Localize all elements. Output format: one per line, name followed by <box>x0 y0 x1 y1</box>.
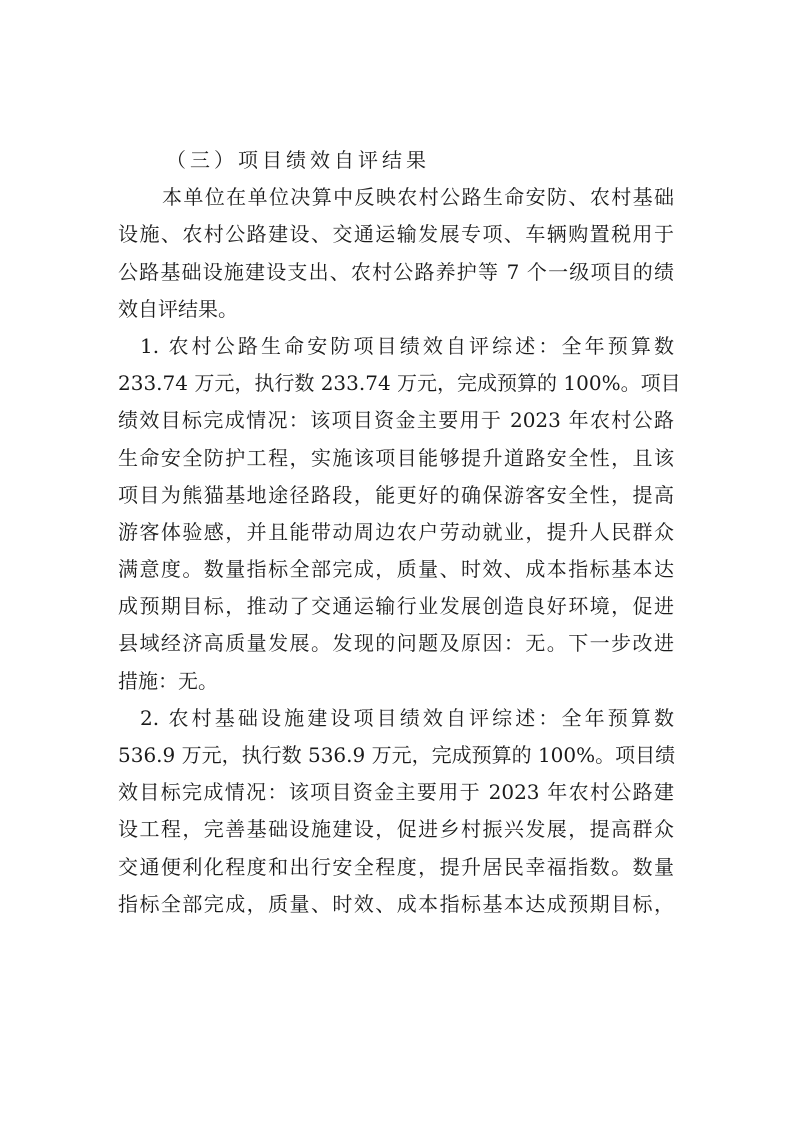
document-body: （三）项目绩效自评结果 本单位在单位决算中反映农村公路生命安防、农村基础 设施、… <box>118 142 674 923</box>
paragraph-item-2: 2. 农村基础设施建设项目绩效自评综述：全年预算数 536.9 万元，执行数 5… <box>118 700 674 923</box>
text-line: 设施、农村公路建设、交通运输发展专项、车辆购置税用于 <box>118 216 674 253</box>
text-line: 项目为熊猫基地途径路段，能更好的确保游客安全性，提高 <box>118 477 674 514</box>
text-line: 效目标完成情况：该项目资金主要用于 2023 年农村公路建 <box>118 774 674 811</box>
paragraph-item-1: 1. 农村公路生命安防项目绩效自评综述：全年预算数 233.74 万元，执行数 … <box>118 328 674 700</box>
text-line: 233.74 万元，执行数 233.74 万元，完成预算的 100%。项目 <box>118 365 674 402</box>
text-line: 536.9 万元，执行数 536.9 万元，完成预算的 100%。项目绩 <box>118 737 674 774</box>
text-line: 1. 农村公路生命安防项目绩效自评综述：全年预算数 <box>118 328 674 365</box>
text-line: 公路基础设施建设支出、农村公路养护等 7 个一级项目的绩 <box>118 254 674 291</box>
text-line: 本单位在单位决算中反映农村公路生命安防、农村基础 <box>118 179 674 216</box>
text-line: 交通便利化程度和出行安全程度，提升居民幸福指数。数量 <box>118 849 674 886</box>
text-line: 满意度。数量指标全部完成，质量、时效、成本指标基本达 <box>118 551 674 588</box>
document-page: （三）项目绩效自评结果 本单位在单位决算中反映农村公路生命安防、农村基础 设施、… <box>0 0 792 1121</box>
text-line: 设工程，完善基础设施建设，促进乡村振兴发展，提高群众 <box>118 811 674 848</box>
paragraph-intro: 本单位在单位决算中反映农村公路生命安防、农村基础 设施、农村公路建设、交通运输发… <box>118 179 674 328</box>
text-line: 县域经济高质量发展。发现的问题及原因：无。下一步改进 <box>118 625 674 662</box>
text-line: 2. 农村基础设施建设项目绩效自评综述：全年预算数 <box>118 700 674 737</box>
text-line: 游客体验感，并且能带动周边农户劳动就业，提升人民群众 <box>118 514 674 551</box>
text-line: 效自评结果。 <box>118 291 674 328</box>
text-line: 措施：无。 <box>118 663 674 700</box>
text-line: 绩效目标完成情况：该项目资金主要用于 2023 年农村公路 <box>118 402 674 439</box>
section-heading: （三）项目绩效自评结果 <box>118 142 674 179</box>
text-line: 指标全部完成，质量、时效、成本指标基本达成预期目标， <box>118 886 674 923</box>
text-line: 成预期目标，推动了交通运输行业发展创造良好环境，促进 <box>118 588 674 625</box>
text-line: 生命安全防护工程，实施该项目能够提升道路安全性，且该 <box>118 440 674 477</box>
